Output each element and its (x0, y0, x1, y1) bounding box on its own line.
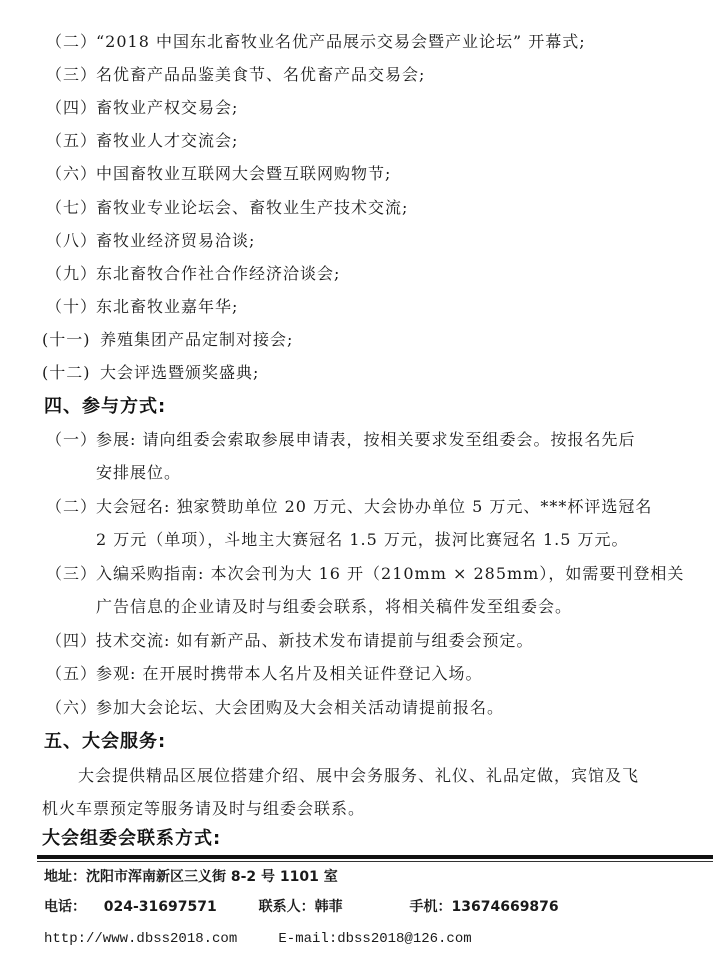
item-number: （一） (46, 430, 96, 450)
contact-person-label: 联系人： (259, 898, 315, 916)
item-text: 名优畜产品品鉴美食节、名优畜产品交易会; (96, 65, 425, 84)
phone-number: 024-31697571 (104, 898, 254, 916)
item-text: “2018 中国东北畜牧业名优产品展示交易会暨产业论坛” 开幕式; (96, 32, 586, 51)
participation-item-1: （一）参展: 请向组委会索取参展申请表，按相关要求发至组委会。按报名先后 (46, 430, 635, 450)
item-number: （四） (46, 98, 96, 118)
item-text: 参展: 请向组委会索取参展申请表，按相关要求发至组委会。按报名先后 (96, 430, 635, 449)
item-text: 畜牧业人才交流会; (96, 131, 238, 150)
contact-phone-row: 电话： 024-31697571 联系人：韩菲 手机：13674669876 (44, 898, 559, 916)
item-text: 畜牧业产权交易会; (96, 98, 238, 117)
participation-item-4: （四）技术交流: 如有新产品、新技术发布请提前与组委会预定。 (46, 631, 533, 651)
list-item-9: （九）东北畜牧合作社合作经济洽谈会; (46, 264, 340, 284)
item-number: (十一) (42, 330, 100, 350)
item-text: 中国畜牧业互联网大会暨互联网购物节; (96, 164, 391, 183)
participation-item-2-cont: 2 万元（单项），斗地主大赛冠名 1.5 万元，拔河比赛冠名 1.5 万元。 (96, 530, 629, 550)
item-number: （九） (46, 264, 96, 284)
item-number: （三） (46, 65, 96, 85)
list-item-10: （十）东北畜牧业嘉年华; (46, 297, 238, 317)
item-number: （二） (46, 497, 96, 517)
section-heading-services: 五、大会服务: (44, 731, 166, 753)
contact-web-row: http://www.dbss2018.com E-mail:dbss2018@… (44, 930, 472, 948)
item-text: 大会评选暨颁奖盛典; (100, 363, 259, 382)
item-text: 养殖集团产品定制对接会; (100, 330, 293, 349)
item-text: 技术交流: 如有新产品、新技术发布请提前与组委会预定。 (96, 631, 533, 650)
list-item-8: （八）畜牧业经济贸易洽谈; (46, 231, 255, 251)
participation-item-6: （六）参加大会论坛、大会团购及大会相关活动请提前报名。 (46, 698, 504, 718)
list-item-3: （三）名优畜产品品鉴美食节、名优畜产品交易会; (46, 65, 425, 85)
list-item-11: (十一)养殖集团产品定制对接会; (42, 330, 293, 350)
item-text: 参加大会论坛、大会团购及大会相关活动请提前报名。 (96, 698, 504, 717)
item-number: （三） (46, 564, 96, 584)
item-number: （十） (46, 297, 96, 317)
list-item-4: （四）畜牧业产权交易会; (46, 98, 238, 118)
participation-item-1-cont: 安排展位。 (96, 463, 181, 483)
participation-item-3: （三）入编采购指南: 本次会刊为大 16 开（210mm × 285mm），如需… (46, 564, 684, 584)
mobile-label: 手机： (410, 898, 452, 916)
list-item-2: （二）“2018 中国东北畜牧业名优产品展示交易会暨产业论坛” 开幕式; (46, 32, 586, 52)
website-link[interactable]: http://www.dbss2018.com (44, 930, 270, 948)
item-text: 畜牧业专业论坛会、畜牧业生产技术交流; (96, 198, 408, 217)
item-number: （六） (46, 698, 96, 718)
item-number: (十二) (42, 363, 100, 383)
list-item-5: （五）畜牧业人才交流会; (46, 131, 238, 151)
divider-thick (37, 855, 713, 859)
item-number: （二） (46, 32, 96, 52)
services-paragraph-line1: 大会提供精品区展位搭建介绍、展中会务服务、礼仪、礼品定做，宾馆及飞 (78, 766, 639, 786)
item-number: （四） (46, 631, 96, 651)
contact-address: 地址：沈阳市浑南新区三义街 8-2 号 1101 室 (44, 868, 338, 886)
item-number: （五） (46, 131, 96, 151)
item-number: （六） (46, 164, 96, 184)
phone-label: 电话： (44, 898, 86, 916)
list-item-7: （七）畜牧业专业论坛会、畜牧业生产技术交流; (46, 198, 408, 218)
item-number: （八） (46, 231, 96, 251)
contact-person: 韩菲 (315, 898, 405, 916)
participation-item-3-cont: 广告信息的企业请及时与组委会联系，将相关稿件发至组委会。 (96, 597, 572, 617)
list-item-12: (十二)大会评选暨颁奖盛典; (42, 363, 259, 383)
list-item-6: （六）中国畜牧业互联网大会暨互联网购物节; (46, 164, 391, 184)
item-text: 参观: 在开展时携带本人名片及相关证件登记入场。 (96, 664, 482, 683)
item-number: （七） (46, 198, 96, 218)
services-paragraph-line2: 机火车票预定等服务请及时与组委会联系。 (42, 799, 365, 819)
section-heading-participation: 四、参与方式: (44, 396, 166, 418)
item-text: 东北畜牧业嘉年华; (96, 297, 238, 316)
item-text: 大会冠名: 独家赞助单位 20 万元、大会协办单位 5 万元、***杯评选冠名 (96, 497, 652, 516)
item-number: （五） (46, 664, 96, 684)
contact-heading: 大会组委会联系方式: (42, 828, 221, 850)
participation-item-5: （五）参观: 在开展时携带本人名片及相关证件登记入场。 (46, 664, 482, 684)
divider-thin (37, 861, 713, 862)
mobile-number: 13674669876 (452, 898, 559, 916)
item-text: 东北畜牧合作社合作经济洽谈会; (96, 264, 340, 283)
item-text: 入编采购指南: 本次会刊为大 16 开（210mm × 285mm），如需要刊登… (96, 564, 684, 583)
email-link[interactable]: E-mail:dbss2018@126.com (278, 930, 471, 948)
participation-item-2: （二）大会冠名: 独家赞助单位 20 万元、大会协办单位 5 万元、***杯评选… (46, 497, 652, 517)
item-text: 畜牧业经济贸易洽谈; (96, 231, 255, 250)
